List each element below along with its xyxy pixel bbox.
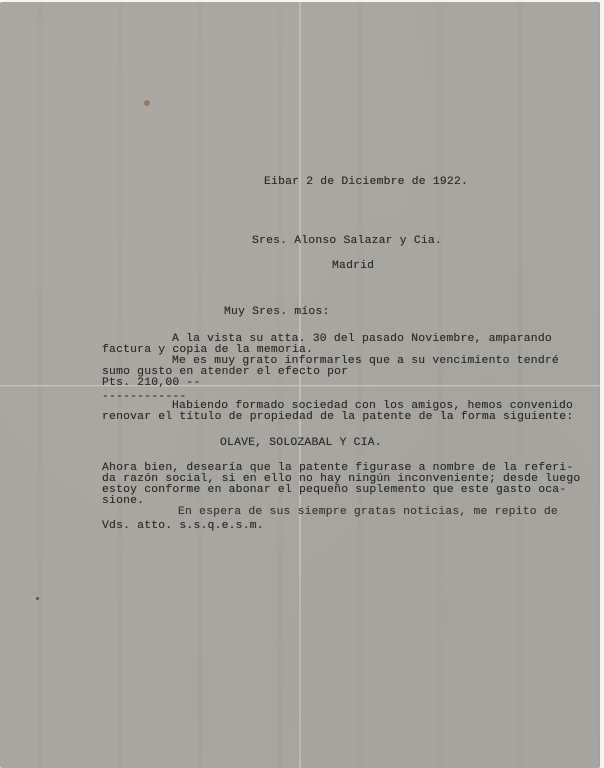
signature-line: Vds. atto. s.s.q.e.s.m.: [102, 520, 264, 532]
paper-spot: [36, 597, 39, 600]
salutation: Muy Sres. míos:: [224, 306, 330, 318]
body-line: renovar el título de propiedad de la pat…: [102, 411, 573, 423]
amount-line: Pts. 210,00 --: [102, 377, 201, 389]
paper-stain: [144, 100, 150, 106]
company-name-line: OLAVE, SOLOZABAL Y CIA.: [220, 437, 382, 449]
body-line: estoy conforme en abonar el pequeño supl…: [102, 484, 566, 496]
closing-line: En espera de sus siempre gratas noticias…: [178, 506, 558, 518]
paper-fold-horizontal: [0, 385, 600, 388]
date-line: Eibar 2 de Diciembre de 1922.: [264, 176, 468, 188]
city-line: Madrid: [332, 260, 374, 272]
body-line: sione.: [102, 495, 144, 507]
recipient-line: Sres. Alonso Salazar y Cia.: [252, 235, 442, 247]
